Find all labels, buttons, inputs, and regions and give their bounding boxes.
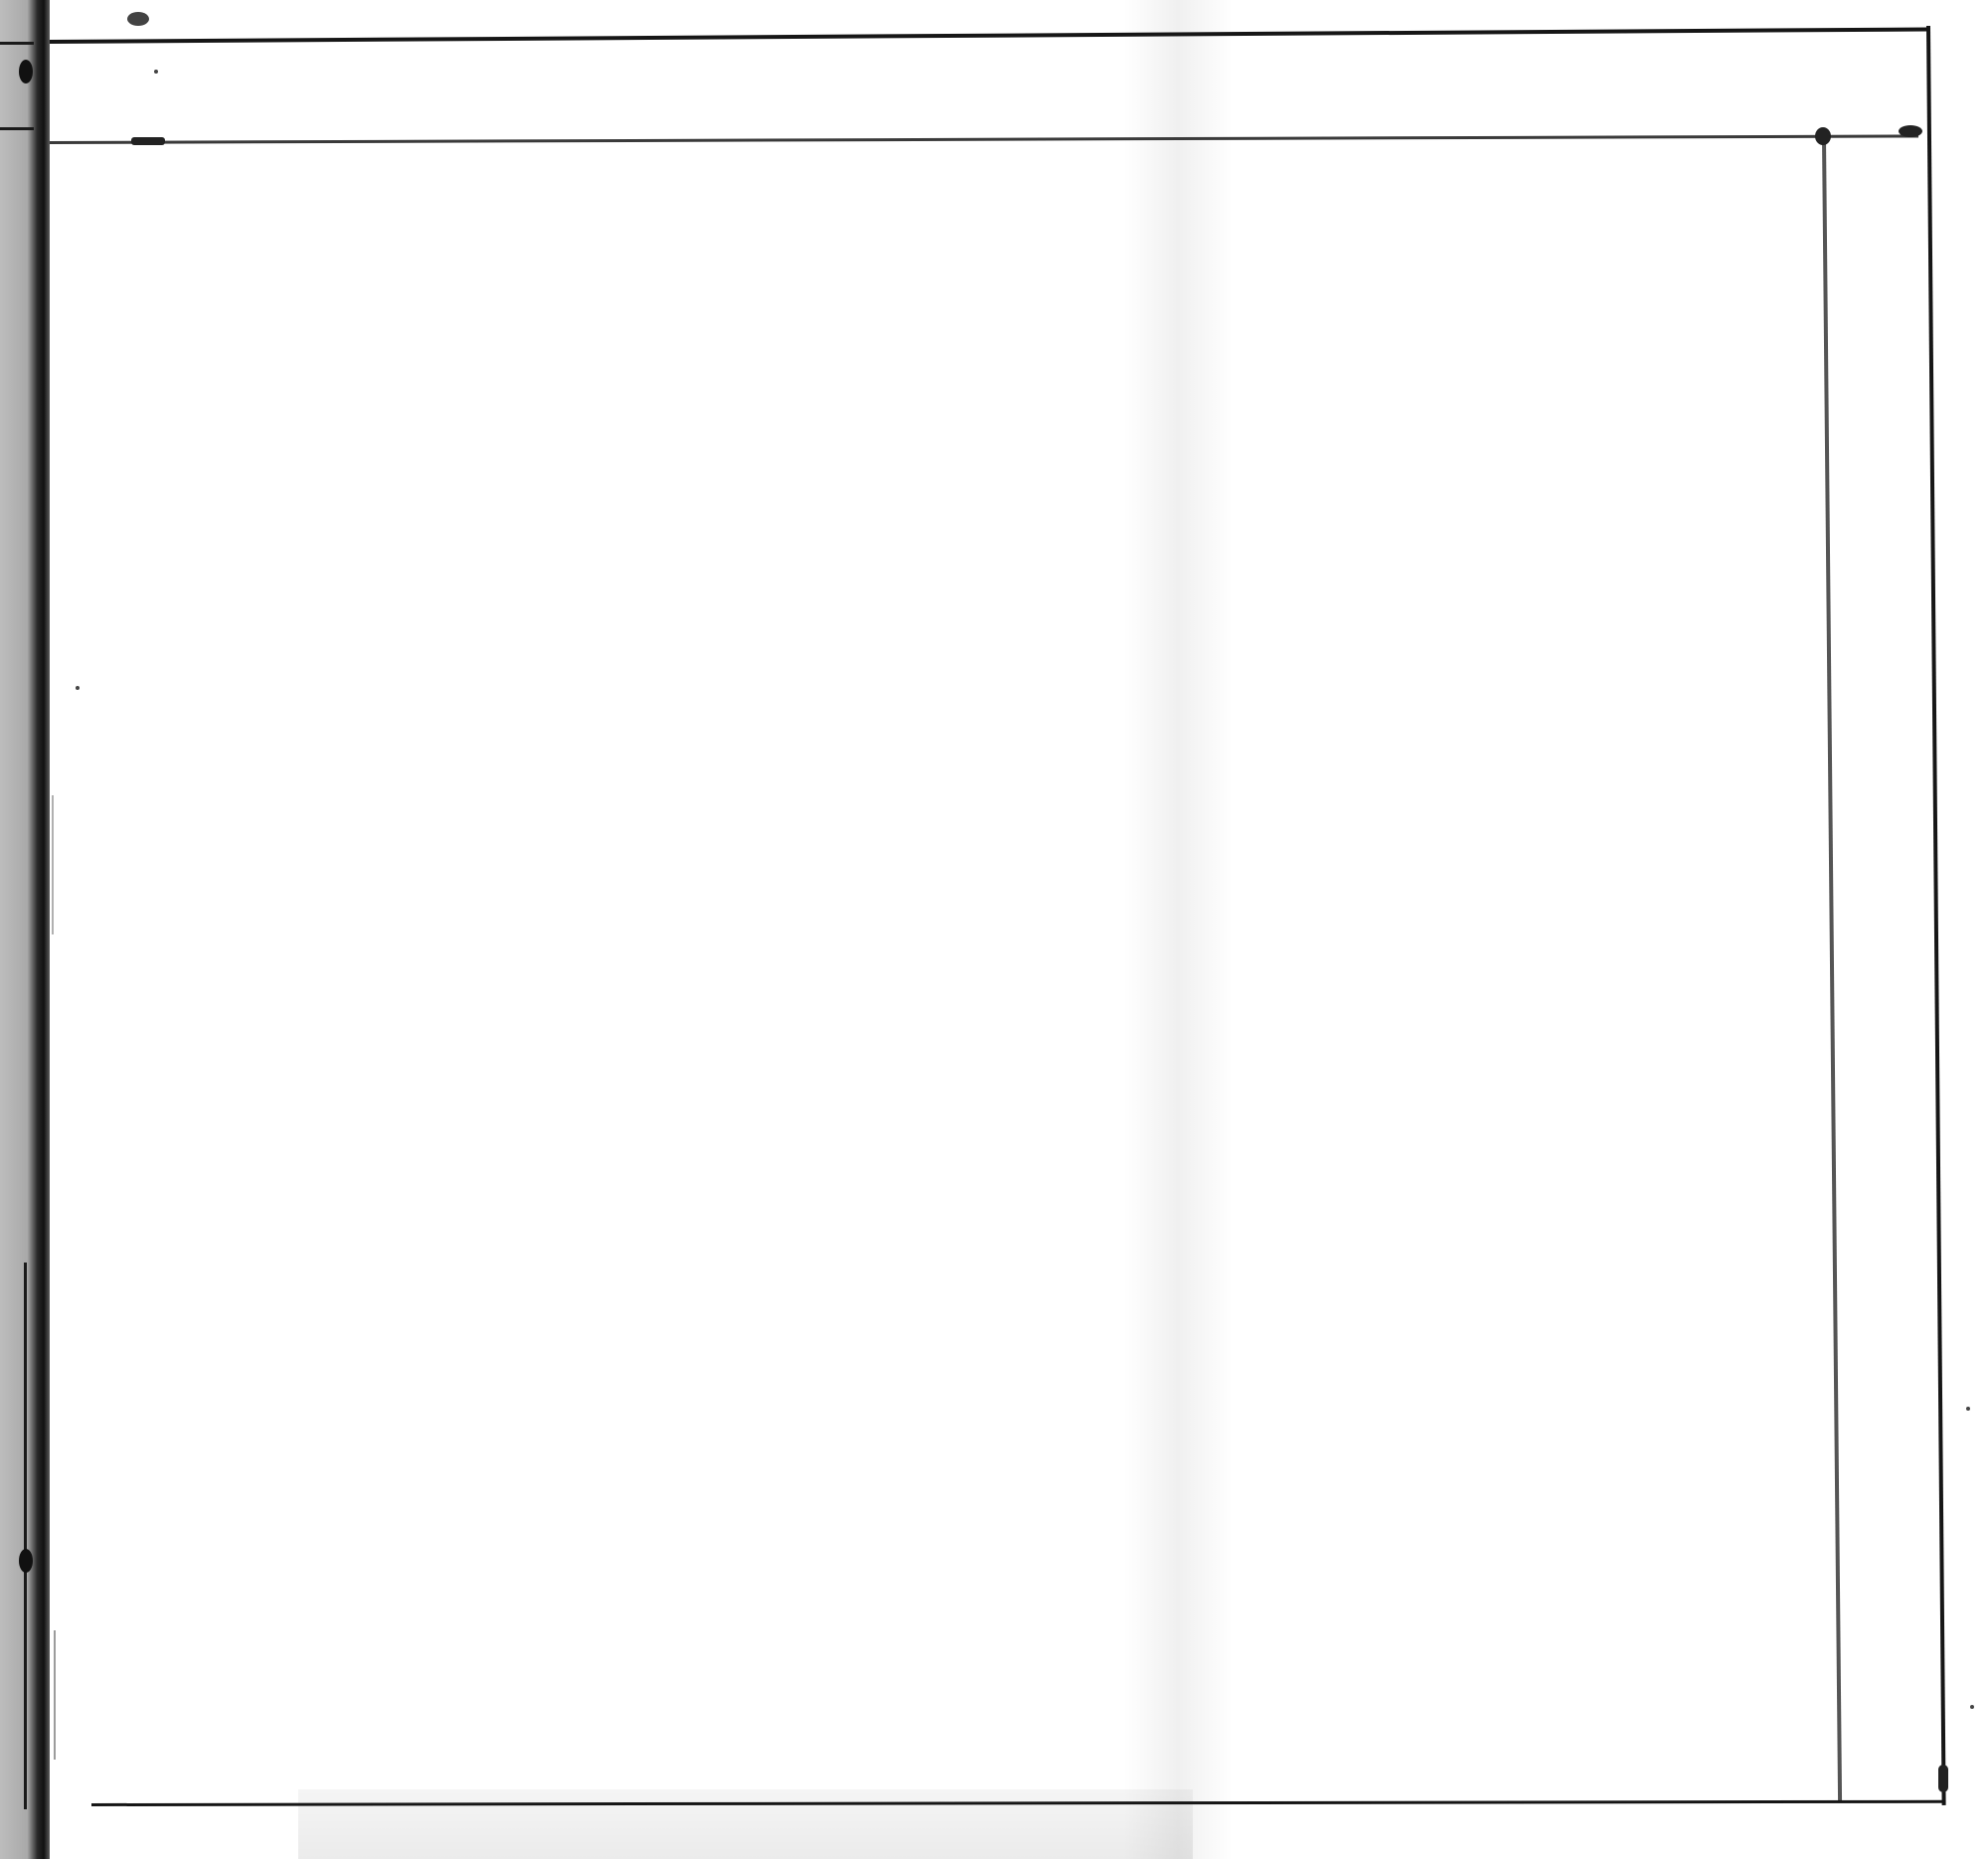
right-border-rule: [1926, 26, 1946, 1805]
paper-speck: [154, 70, 158, 74]
ink-blot: [1815, 127, 1831, 145]
gutter-rule: [24, 1263, 27, 1809]
binding-knob: [19, 60, 33, 84]
ledger-page: [50, 0, 1988, 1859]
ink-blot: [1938, 1765, 1948, 1792]
paper-speck: [1970, 1705, 1974, 1709]
header-bottom-rule: [50, 134, 1918, 144]
gutter-mark: [0, 127, 34, 130]
paper-speck: [1966, 1407, 1970, 1411]
paper-fold-shadow: [1123, 0, 1233, 1859]
left-margin-trace: [52, 795, 54, 934]
paper-speck: [76, 686, 80, 690]
column-rule: [1822, 137, 1842, 1802]
paper-bottom-shadow: [298, 1789, 1193, 1859]
ink-blot: [131, 137, 165, 145]
ink-blot: [127, 12, 149, 26]
binding-knob: [19, 1549, 33, 1573]
header-top-rule: [50, 27, 1928, 44]
gutter-mark: [0, 42, 34, 45]
binding-gutter: [0, 0, 50, 1859]
left-margin-trace: [54, 1630, 56, 1760]
ink-blot: [1899, 125, 1922, 137]
